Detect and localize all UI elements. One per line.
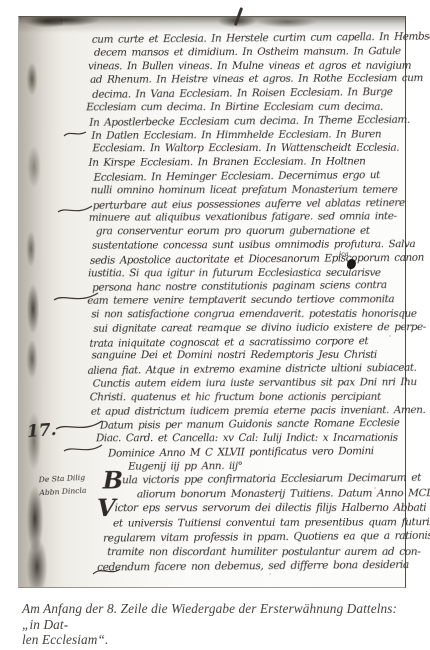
- manuscript-line: perturbare aut eius possessiones auferre…: [87, 196, 401, 213]
- manuscript-line: tramite non discordant humiliter postula…: [79, 544, 399, 559]
- manuscript-line: sui dignitate careat reamque se divino i…: [87, 321, 401, 336]
- interline-correction: ica: [339, 250, 349, 258]
- manuscript-line: eam temere venire temptaverit secundo te…: [87, 293, 401, 308]
- paper-specks: [19, 17, 21, 19]
- manuscript-line: In Apostlerbecke Ecclesiam cum decima. I…: [86, 114, 400, 131]
- manuscript-line: nulli omnino hominum liceat prefatum Mon…: [87, 183, 401, 197]
- manuscript-line: regularem vitam professis in ppam. Quoti…: [79, 529, 399, 546]
- caption-line: len Ecclesiam“.: [22, 632, 418, 648]
- manuscript-line: aliorum bonorum Monasterij Tuitiens. Dat…: [79, 486, 399, 502]
- manuscript-second-bull-block: Bula victoris ppe confirmatoria Ecclesia…: [79, 471, 399, 574]
- manuscript-text-block: cum curte et Ecclesia. In Herstele curti…: [86, 31, 402, 474]
- manuscript-line: Cunctis autem eidem iura iuste servantib…: [88, 376, 402, 391]
- manuscript-line: cedendum facere non debemus, sed differr…: [79, 558, 399, 575]
- folio-number: 17.: [26, 420, 57, 442]
- manuscript-line: Dominice Anno M C XLVII pontificatus ver…: [88, 445, 402, 462]
- manuscript-line: Ecclesiam. In Waltorp Ecclesiam. In Watt…: [86, 142, 400, 156]
- manuscript-line: Victor eps servus servorum dei dilectis …: [79, 501, 399, 516]
- flourish-mark: [63, 129, 87, 139]
- manuscript-line: Christi. quatenus et hic fructum bone ac…: [88, 390, 402, 404]
- caption-line: Am Anfang der 8. Zeile die Wiedergabe de…: [22, 601, 418, 632]
- manuscript-line: decem mansos et dimidium. In Ostheim man…: [86, 45, 400, 60]
- manuscript-line: Diac. Card. et Cancella: xv Cal: Iulij I…: [88, 432, 402, 446]
- manuscript-line: Bula victoris ppe confirmatoria Ecclesia…: [79, 471, 399, 488]
- scan-region: cum curte et Ecclesia. In Herstele curti…: [18, 16, 406, 588]
- caption: Am Anfang der 8. Zeile die Wiedergabe de…: [22, 601, 418, 648]
- manuscript-line: Ecclesiam cum decima. In Birtine Ecclesi…: [86, 101, 400, 115]
- manuscript-line: si non satisfactione congrua emendaverit…: [87, 308, 401, 322]
- manuscript-line: et universis Tuitiensi conventui tam pre…: [79, 515, 399, 531]
- manuscript-line: gra conserventur eorum pro quorum gubern…: [87, 225, 401, 239]
- manuscript-line: vineas. In Bullen vineas. In Mulne vinea…: [86, 59, 400, 73]
